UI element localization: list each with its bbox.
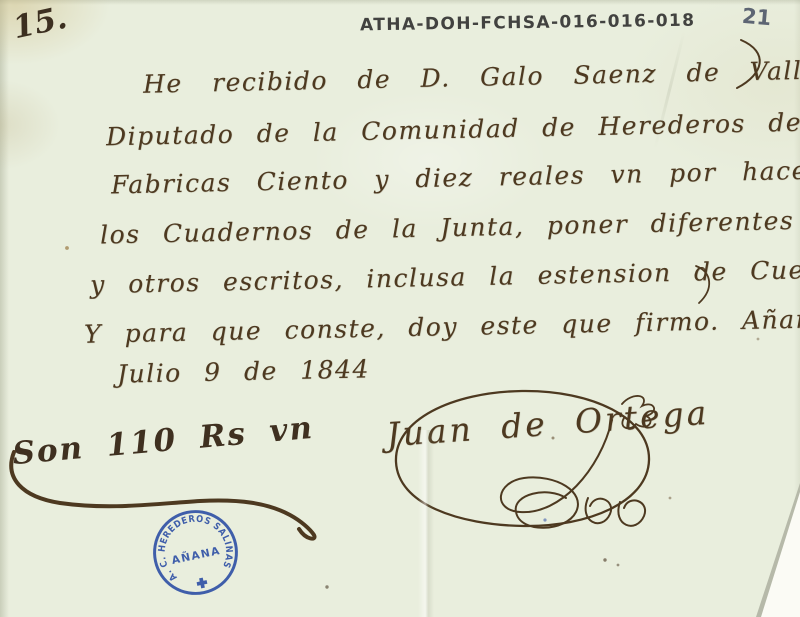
paper-crease [418,430,434,617]
manuscript-line-7: Julio 9 de 1844 [117,354,370,388]
amount-note: Son 110 Rs vn [11,410,315,472]
manuscript-line-4: los Cuadernos de la Junta, poner diferen… [100,204,800,250]
svg-text:A. C. HEREDEROS SALINAS: A. C. HEREDEROS SALINAS [149,506,238,585]
paper-specks [0,0,2,2]
stamp-cross-icon [196,577,208,589]
archive-reference-code: ATHA-DOH-FCHSA-016-016-018 [360,11,696,36]
manuscript-line-5: y otros escritos, inclusa la estension d… [90,254,800,299]
manuscript-line-1: He recibido de D. Galo Saenz de Valluerc… [143,54,800,98]
scanned-receipt-document: 15. ATHA-DOH-FCHSA-016-016-018 21 He rec… [0,0,800,617]
manuscript-line-6: Y para que conste, doy este que firmo. A… [84,304,800,349]
manuscript-line-2: Diputado de la Comunidad de Herederos de… [106,106,800,152]
pencil-page-number: 21 [741,4,772,30]
folio-number: 15. [10,0,70,46]
heirs-community-stamp: A. C. HEREDEROS SALINAS AÑANA [140,497,250,607]
manuscript-line-3: Fabricas Ciento y diez reales vn por hac… [111,156,800,200]
stamp-ring-text: A. C. HEREDEROS SALINAS [149,506,238,585]
stamp-center-text: AÑANA [170,544,221,567]
